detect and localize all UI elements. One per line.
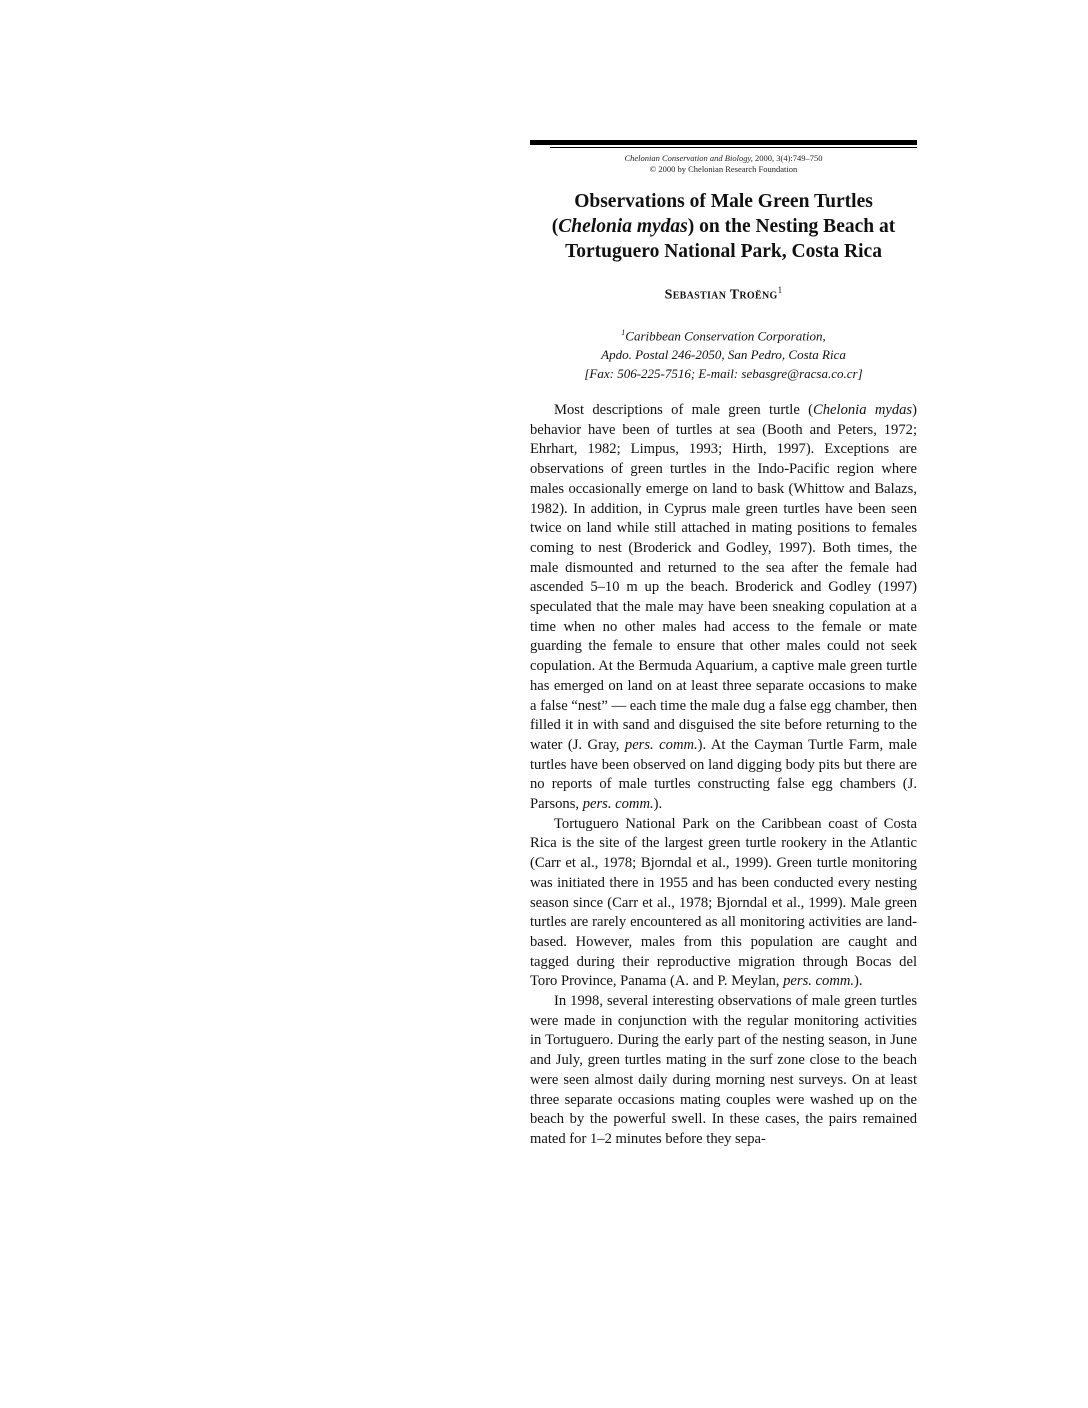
title-line-1: Observations of Male Green Turtles	[530, 189, 917, 214]
journal-copyright: © 2000 by Chelonian Research Foundation	[530, 164, 917, 175]
text-run: ).	[854, 973, 863, 989]
author-affiliation: 1Caribbean Conservation Corporation, Apd…	[530, 323, 917, 383]
article-body: Most descriptions of male green turtle (…	[530, 401, 917, 1150]
italic-text: Chelonia mydas	[813, 402, 912, 418]
affiliation-org: Caribbean Conservation Corporation,	[625, 328, 825, 343]
italic-text: pers. comm.	[583, 796, 654, 812]
text-run: In 1998, several interesting observation…	[530, 993, 917, 1147]
affiliation-line-2: Apdo. Postal 246-2050, San Pedro, Costa …	[530, 345, 917, 364]
affiliation-line-3: [Fax: 506-225-7516; E-mail: sebasgre@rac…	[530, 364, 917, 383]
journal-volume: 2000, 3(4):749–750	[753, 153, 823, 163]
text-run: ) behavior have been of turtles at sea (…	[530, 402, 917, 753]
title-line-2-rest: on the Nesting Beach at	[694, 216, 895, 237]
journal-citation: Chelonian Conservation and Biology, 2000…	[530, 153, 917, 164]
header-rule-thick	[530, 140, 917, 145]
header-rule-thin	[550, 147, 917, 148]
italic-text: pers. comm.	[625, 737, 698, 753]
author-footnote-marker: 1	[778, 285, 783, 295]
text-run: ).	[654, 796, 663, 812]
text-run: Most descriptions of male green turtle (	[554, 402, 813, 418]
body-paragraph: Most descriptions of male green turtle (…	[530, 401, 917, 815]
body-paragraph: In 1998, several interesting observation…	[530, 992, 917, 1150]
author-name: Sebastian Troëng	[665, 288, 778, 303]
text-run: Tortuguero National Park on the Caribbea…	[530, 816, 917, 990]
title-species: Chelonia mydas	[558, 216, 687, 237]
affiliation-line-1: 1Caribbean Conservation Corporation,	[530, 323, 917, 345]
article-title: Observations of Male Green Turtles (Chel…	[530, 189, 917, 264]
journal-name: Chelonian Conservation and Biology,	[624, 153, 752, 163]
author-byline: Sebastian Troëng1	[530, 285, 917, 304]
italic-text: pers. comm.	[783, 973, 854, 989]
page-column: Chelonian Conservation and Biology, 2000…	[530, 140, 917, 1150]
title-line-2: (Chelonia mydas) on the Nesting Beach at	[530, 214, 917, 239]
body-paragraph: Tortuguero National Park on the Caribbea…	[530, 815, 917, 992]
title-line-3: Tortuguero National Park, Costa Rica	[530, 239, 917, 264]
journal-header: Chelonian Conservation and Biology, 2000…	[530, 153, 917, 175]
